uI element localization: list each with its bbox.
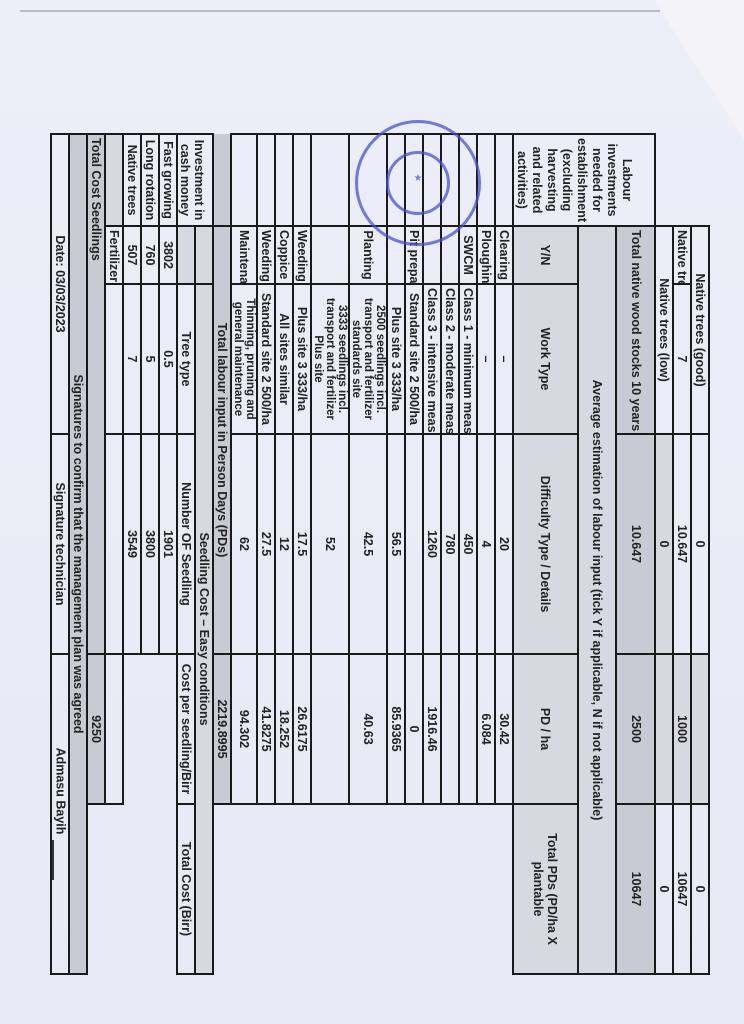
pd-per-ha: [405, 434, 423, 654]
total-pds: 1916.46: [423, 654, 441, 804]
seedling-total-cost: 3549: [123, 434, 141, 654]
scanned-page: Native trees (good) 0 0 Native trees (me…: [0, 0, 744, 1024]
difficulty-detail: Class 2 - moderate measure site: [441, 284, 459, 434]
cost-per-seedling: 5: [141, 284, 159, 434]
labour-rows: Clearing–2030.42Ploughing–46.084SWCMClas…: [231, 134, 513, 974]
difficulty-detail: –: [495, 284, 513, 434]
seedling-number: [105, 284, 123, 434]
total-pds: 6.084: [477, 654, 495, 804]
pd-per-ha: 17.5: [293, 434, 311, 654]
seedling-number: 760: [141, 226, 159, 284]
tree-type: Native trees: [123, 134, 141, 226]
total-pds: [459, 654, 477, 804]
table-row: Native trees (medium) 7 10.647 1000 1064…: [673, 134, 691, 974]
difficulty-detail: Plus site 3 333/ha: [293, 284, 311, 434]
header-total-pds: Total PDs (PD/ha X plantable: [513, 804, 578, 974]
labour-yn[interactable]: [405, 134, 423, 226]
difficulty-detail: Thinning, pruning and general maintenanc…: [231, 284, 257, 434]
seedling-number: 3802: [159, 226, 177, 284]
total-pds: [311, 654, 349, 804]
signature-row: Date: 03/03/2023 Signature technician Ad…: [51, 134, 69, 974]
labour-row: 3333 seedlings incl. transport and ferti…: [311, 134, 349, 974]
total-wood-row: Labour investments needed for establishm…: [616, 134, 655, 974]
labour-row: Class 2 - moderate measure site780: [441, 134, 459, 974]
row-label: Native trees (good): [691, 226, 709, 434]
form-table: Native trees (good) 0 0 Native trees (me…: [50, 133, 710, 975]
work-type: Planting: [349, 226, 387, 284]
work-type: Weeding: [257, 226, 275, 284]
pd-per-ha: 42.5: [349, 434, 387, 654]
seedling-row: Native trees50773549: [123, 134, 141, 974]
labour-row: Pit preparationStandard site 2 500/ha0: [405, 134, 423, 974]
seedling-row: Long rotation76053800: [141, 134, 159, 974]
difficulty-detail: All sites similar: [275, 284, 293, 434]
total-pds: 26.6175: [293, 654, 311, 804]
tree-type: Long rotation: [141, 134, 159, 226]
pd-per-ha: 4: [477, 434, 495, 654]
labour-yn[interactable]: [231, 134, 257, 226]
labour-row: Ploughing–46.084: [477, 134, 495, 974]
tree-type: Fast growing: [159, 134, 177, 226]
cost-per-seedling: 7: [123, 284, 141, 434]
labour-section-label: Labour investments needed for establishm…: [513, 134, 655, 226]
labour-header-row: Y/N Work Type Difficulty Type / Details …: [513, 134, 578, 974]
signer-name: Admasu Bayih: [54, 748, 68, 835]
labour-yn[interactable]: [423, 134, 441, 226]
management-plan-form: Native trees (good) 0 0 Native trees (me…: [120, 133, 710, 973]
seedling-number: 507: [123, 226, 141, 284]
seedling-total-row: Total Cost Seedlings 9250: [87, 134, 105, 974]
work-type: Maintenance: [231, 226, 257, 284]
work-type: SWCM: [459, 226, 477, 284]
seedling-header-row: Tree type Number OF Seedling Cost per se…: [177, 134, 195, 974]
table-row: Native trees (good) 0 0: [691, 134, 709, 974]
work-type: Coppice management: [275, 226, 293, 284]
labour-yn[interactable]: [311, 134, 349, 226]
pd-per-ha: 27.5: [257, 434, 275, 654]
seedling-row: Fast growing38020.51901: [159, 134, 177, 974]
labour-row: Class 3 - intensive measure site12601916…: [423, 134, 441, 974]
handwritten-signature-icon: [52, 840, 68, 880]
labour-yn[interactable]: [293, 134, 311, 226]
signature-name-cell: Admasu Bayih: [51, 654, 69, 974]
header-cost-per-seedling: Cost per seedling/Birr: [177, 654, 195, 804]
seedling-total-cost: 1901: [159, 434, 177, 654]
signature-role: Signature technician: [51, 434, 69, 654]
total-pds: 30.42: [495, 654, 513, 804]
pd-per-ha: 62: [231, 434, 257, 654]
table-row: Native trees (low) 0 0: [655, 134, 673, 974]
total-pds: 0: [405, 654, 423, 804]
labour-yn[interactable]: [257, 134, 275, 226]
tree-type: Fertilizer per seedling: [105, 226, 123, 284]
pd-per-ha: 12: [275, 434, 293, 654]
total-pds: 18.252: [275, 654, 293, 804]
paper-edge: [20, 10, 660, 12]
seedling-total-cost: 3800: [141, 434, 159, 654]
seedling-rows: Fast growing38020.51901Long rotation7605…: [105, 134, 177, 974]
pd-per-ha: 450: [459, 434, 477, 654]
labour-row: Weeding year 1Plus site 3 333/ha17.526.6…: [293, 134, 311, 974]
cost-per-seedling: [105, 434, 123, 654]
labour-row: WeedingStandard site 2 500/ha27.541.8275: [257, 134, 275, 974]
pd-per-ha: 1260: [423, 434, 441, 654]
seedling-total-cost: [105, 654, 123, 804]
pd-per-ha: 52: [311, 434, 349, 654]
difficulty-detail: Standard site 2 500/ha: [405, 284, 423, 434]
labour-yn[interactable]: [477, 134, 495, 226]
labour-title: Average estimation of labour input (tick…: [578, 226, 617, 974]
work-type: Ploughing: [477, 226, 495, 284]
labour-row: MaintenanceThinning, pruning and general…: [231, 134, 257, 974]
signature-date: Date: 03/03/2023: [51, 134, 69, 434]
labour-row: SWCMClass 1 - minimum measure site450: [459, 134, 477, 974]
row-label: Native trees (low): [655, 226, 673, 434]
signatures-title: Signatures to confirm that the managemen…: [69, 134, 87, 974]
labour-row: Plus site 3 333/ha56.585.9365: [387, 134, 405, 974]
work-type: [311, 226, 349, 284]
cost-per-seedling: 0.5: [159, 284, 177, 434]
pd-per-ha: 20: [495, 434, 513, 654]
header-work-type: Work Type: [513, 284, 578, 434]
work-type: [387, 226, 405, 284]
labour-yn[interactable]: [349, 134, 387, 226]
pd-per-ha: 780: [441, 434, 459, 654]
work-type: Pit preparation: [405, 226, 423, 284]
header-yn: Y/N: [513, 226, 578, 284]
labour-row: Planting2500 seedlings incl. transport a…: [349, 134, 387, 974]
header-difficulty: Difficulty Type / Details: [513, 434, 578, 654]
labour-row: Coppice managementAll sites similar1218.…: [275, 134, 293, 974]
pd-per-ha: 56.5: [387, 434, 405, 654]
difficulty-detail: –: [477, 284, 495, 434]
work-type: [423, 226, 441, 284]
labour-yn[interactable]: [441, 134, 459, 226]
difficulty-detail: Class 1 - minimum measure site: [459, 284, 477, 434]
total-pds: 85.9365: [387, 654, 405, 804]
difficulty-detail: 2500 seedlings incl. transport and ferti…: [349, 284, 387, 434]
work-type: Weeding year 1: [293, 226, 311, 284]
labour-yn[interactable]: [459, 134, 477, 226]
labour-total-row: Total labour input in Person Days (PDs) …: [213, 134, 231, 974]
folded-corner: [654, 0, 744, 140]
difficulty-detail: Plus site 3 333/ha: [387, 284, 405, 434]
difficulty-detail: 3333 seedlings incl. transport and ferti…: [311, 284, 349, 434]
labour-yn[interactable]: [275, 134, 293, 226]
seedling-total-value: 9250: [87, 654, 105, 804]
work-type: [441, 226, 459, 284]
labour-yn[interactable]: [387, 134, 405, 226]
seedling-title: Seedling Cost – Easy conditions: [195, 284, 213, 974]
work-type: Clearing: [495, 226, 513, 284]
total-pds: 40.63: [349, 654, 387, 804]
row-label: Native trees (medium): [673, 226, 691, 284]
seedling-section-label: Investment in cash money: [177, 134, 213, 226]
total-pds: 94.302: [231, 654, 257, 804]
labour-total-value: 2219.8995: [213, 654, 231, 804]
labour-row: Clearing–2030.42: [495, 134, 513, 974]
seedling-row: Fertilizer per seedling: [105, 134, 123, 974]
header-pd-ha: PD / ha: [513, 654, 578, 804]
total-pds: [441, 654, 459, 804]
difficulty-detail: Standard site 2 500/ha: [257, 284, 275, 434]
difficulty-detail: Class 3 - intensive measure site: [423, 284, 441, 434]
labour-yn[interactable]: [495, 134, 513, 226]
total-pds: 41.8275: [257, 654, 275, 804]
